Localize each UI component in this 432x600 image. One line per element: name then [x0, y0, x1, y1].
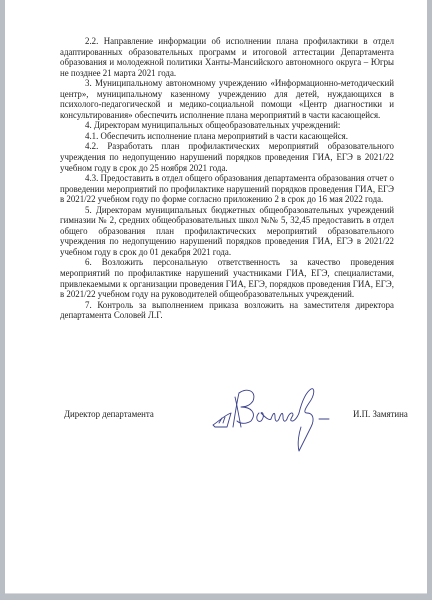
paragraph-4-1: 4.1. Обеспечить исполнение плана меропри…: [60, 131, 394, 142]
handwritten-signature-icon: [209, 383, 339, 458]
document-body: 2.2. Направление информации об исполнени…: [60, 36, 394, 321]
paragraph-6: 6. Возложить персональную ответственност…: [60, 257, 394, 299]
signatory-name: И.П. Замятина: [353, 409, 408, 419]
paragraph-3: 3. Муниципальному автономному учреждению…: [60, 78, 394, 120]
paragraph-2-2: 2.2. Направление информации об исполнени…: [60, 36, 394, 78]
paragraph-7: 7. Контроль за выполнением приказа возло…: [60, 300, 394, 321]
signature-block: Директор департамента И.П. Замятина: [64, 409, 424, 449]
paragraph-4-2: 4.2. Разработать план профилактических м…: [60, 141, 394, 173]
signatory-title: Директор департамента: [64, 409, 154, 419]
document-page: 2.2. Направление информации об исполнени…: [5, 0, 427, 594]
paragraph-5: 5. Директорам муниципальных бюджетных об…: [60, 205, 394, 258]
paragraph-4-3: 4.3. Предоставить в отдел общего образов…: [60, 173, 394, 205]
paragraph-4: 4. Директорам муниципальных общеобразова…: [60, 120, 394, 131]
